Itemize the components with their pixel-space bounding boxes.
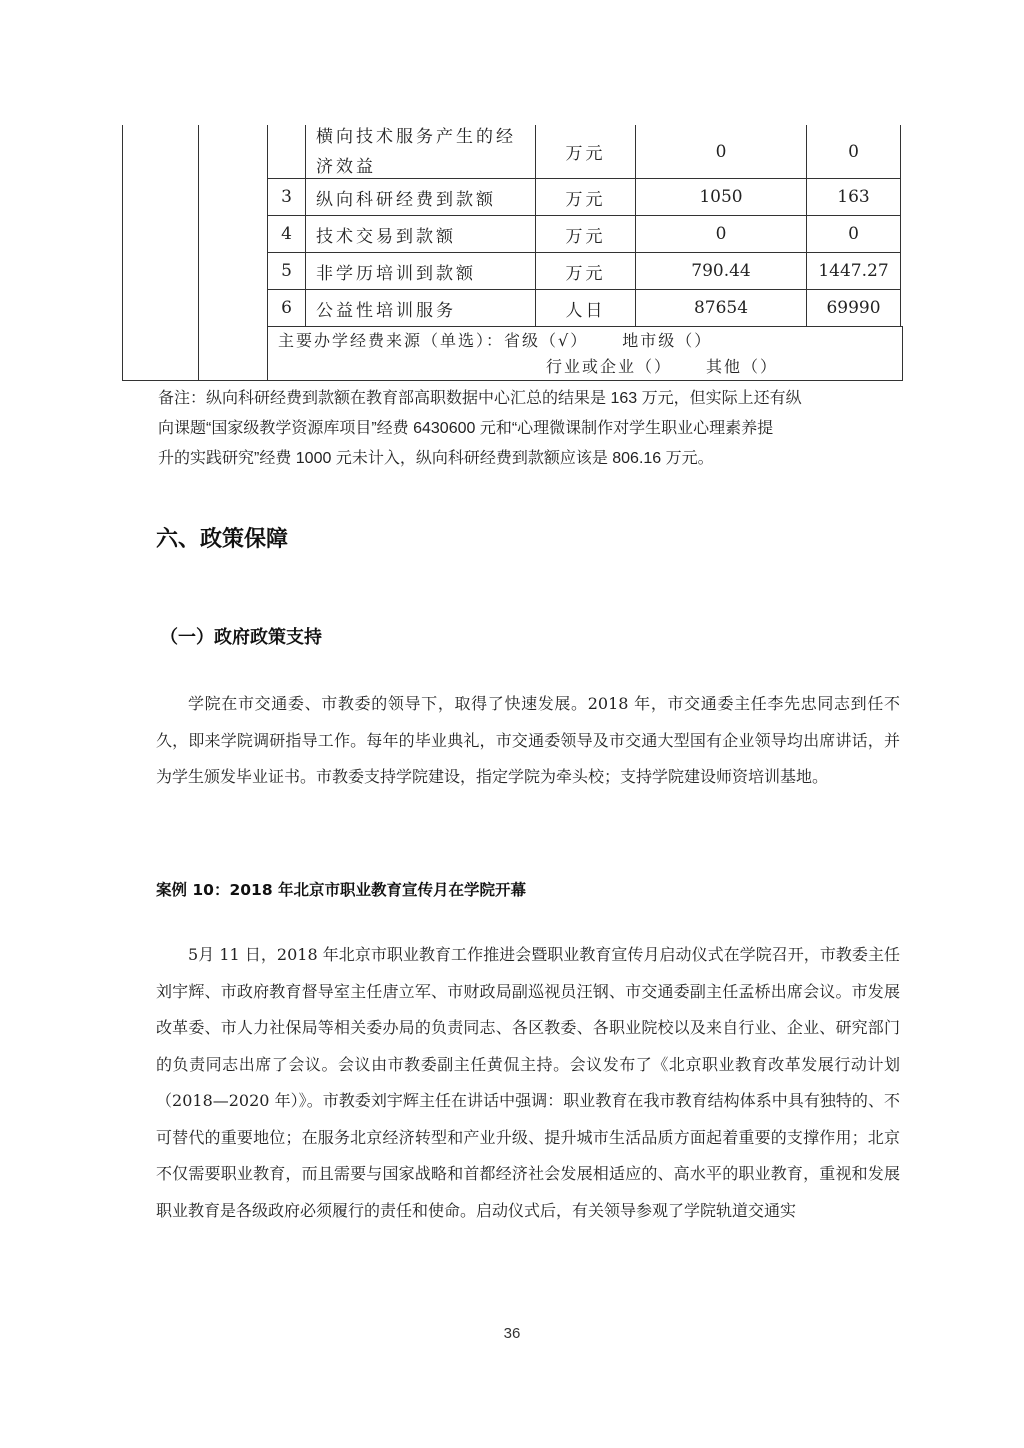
table-cell-name: 非学历培训到款额 — [306, 253, 535, 289]
table-cell-unit: 人日 — [536, 290, 635, 326]
table-border — [122, 380, 903, 381]
funding-label: 主要办学经费来源（单选）： — [278, 331, 504, 350]
table-cell-value: 0 — [807, 125, 900, 178]
funding-option-industry: 行业或企业（） — [546, 357, 672, 376]
paragraph-text: 学院在市交通委、市教委的领导下，取得了快速发展。2018 年，市交通委主任李先忠… — [156, 686, 900, 796]
note-line: 升的实践研究”经费 1000 元未计入，纵向科研经费到款额应该是 806.16 … — [158, 444, 898, 474]
table-cell-value: 0 — [636, 125, 806, 178]
table-cell-value: 87654 — [636, 290, 806, 326]
cell-text: 济效益 — [316, 152, 516, 182]
table-border — [122, 125, 123, 381]
table-cell-value: 69990 — [807, 290, 900, 326]
paragraph-text: 5月 11 日，2018 年北京市职业教育工作推进会暨职业教育宣传月启动仪式在学… — [156, 937, 900, 1229]
table-cell-name: 公益性培训服务 — [306, 290, 535, 326]
table-border — [902, 326, 903, 381]
table-cell-unit: 万元 — [536, 216, 635, 252]
table-cell-value: 1447.27 — [807, 253, 900, 289]
note-line: 向课题“国家级教学资源库项目”经费 6430600 元和“心理微课制作对学生职业… — [158, 414, 898, 444]
cell-text: 横向技术服务产生的经 — [316, 122, 516, 152]
funding-option-province: 省级（√） — [504, 331, 588, 350]
table-cell-unit: 万元 — [536, 179, 635, 215]
funding-source-row: 主要办学经费来源（单选）：省级（√）地市级（） 行业或企业（）其他（） — [268, 326, 898, 380]
table-cell-name: 技术交易到款额 — [306, 216, 535, 252]
funding-line-1: 主要办学经费来源（单选）：省级（√）地市级（） — [278, 328, 712, 351]
body-paragraph: 学院在市交通委、市教委的领导下，取得了快速发展。2018 年，市交通委主任李先忠… — [156, 686, 900, 796]
table-cell-value: 163 — [807, 179, 900, 215]
table-cell-name: 纵向科研经费到款额 — [306, 179, 535, 215]
table-cell-no: 3 — [268, 179, 305, 215]
table-cell-unit: 万元 — [536, 125, 635, 178]
page-number: 36 — [0, 1325, 1024, 1342]
case-title: 案例 10：2018 年北京市职业教育宣传月在学院开幕 — [156, 878, 526, 900]
table-note: 备注：纵向科研经费到款额在教育部高职数据中心汇总的结果是 163 万元，但实际上… — [158, 384, 898, 474]
data-table: 横向技术服务产生的经 济效益 万元 0 0 3 纵向科研经费到款额 万元 105… — [0, 0, 1024, 400]
note-line: 备注：纵向科研经费到款额在教育部高职数据中心汇总的结果是 163 万元，但实际上… — [158, 384, 898, 414]
funding-line-2: 行业或企业（）其他（） — [546, 354, 778, 377]
funding-option-other: 其他（） — [706, 357, 778, 376]
table-border — [900, 125, 901, 326]
table-cell-name: 横向技术服务产生的经 济效益 — [306, 125, 535, 178]
table-cell-value: 0 — [636, 216, 806, 252]
table-cell-no: 5 — [268, 253, 305, 289]
funding-option-city: 地市级（） — [622, 331, 712, 350]
subsection-title: （一）政府政策支持 — [160, 623, 322, 649]
table-cell-unit: 万元 — [536, 253, 635, 289]
table-cell-value: 1050 — [636, 179, 806, 215]
table-cell-value: 790.44 — [636, 253, 806, 289]
table-cell-no: 4 — [268, 216, 305, 252]
table-cell-value: 0 — [807, 216, 900, 252]
table-border — [198, 125, 199, 381]
case-paragraph: 5月 11 日，2018 年北京市职业教育工作推进会暨职业教育宣传月启动仪式在学… — [156, 937, 900, 1229]
section-title: 六、政策保障 — [156, 522, 288, 553]
table-cell-no: 6 — [268, 290, 305, 326]
